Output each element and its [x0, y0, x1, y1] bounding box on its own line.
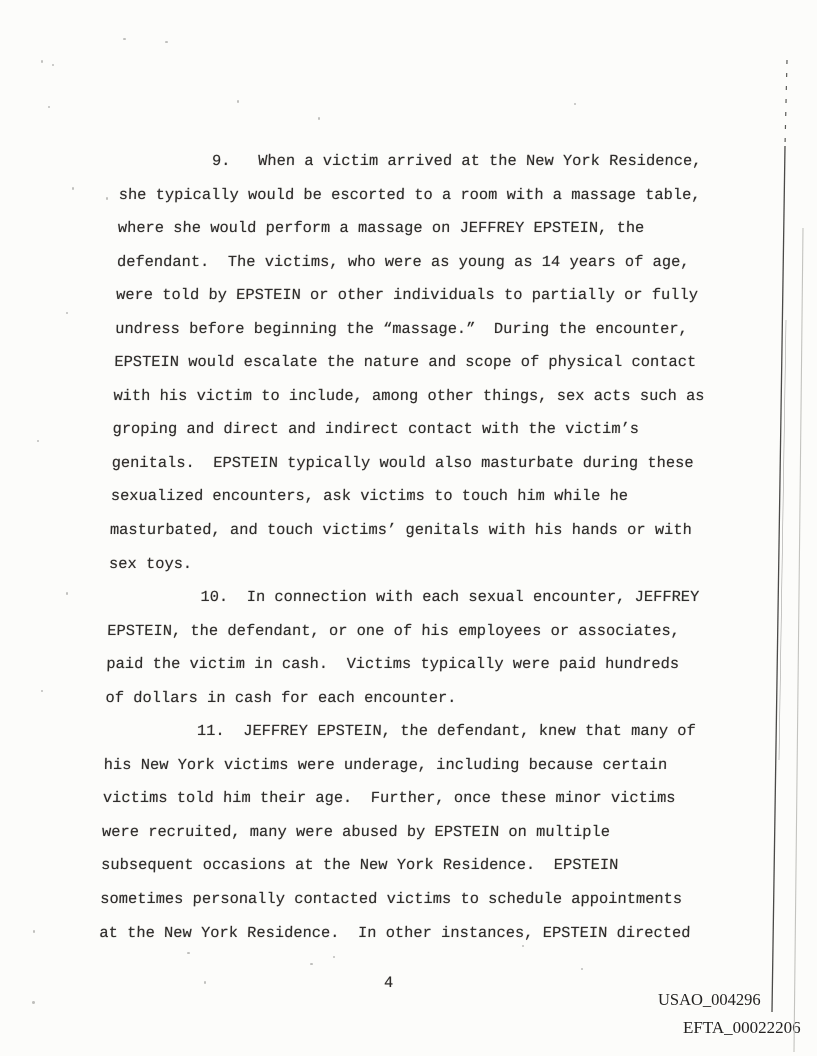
document-line: victims told him their age. Further, onc… [102, 782, 723, 816]
document-line: 10. In connection with each sexual encou… [108, 581, 729, 615]
scan-speck [237, 100, 239, 103]
document-line: groping and direct and indirect contact … [112, 413, 733, 447]
document-line: EPSTEIN, the defendant, or one of his em… [107, 615, 728, 649]
document-line: genitals. EPSTEIN typically would also m… [111, 447, 732, 481]
bates-stamp-usao: USAO_004296 [658, 990, 761, 1010]
scan-speck [333, 956, 335, 958]
scan-speck [37, 440, 39, 442]
bates-stamp-efta: EFTA_00022206 [683, 1018, 801, 1038]
scan-speck [522, 945, 524, 947]
document-line: undress before beginning the “massage.” … [115, 313, 736, 347]
document-line: subsequent occasions at the New York Res… [101, 849, 722, 883]
document-line: were recruited, many were abused by EPST… [102, 816, 723, 850]
document-line: were told by EPSTEIN or other individual… [116, 279, 737, 313]
document-line: sexualized encounters, ask victims to to… [110, 480, 731, 514]
scan-speck [41, 60, 43, 63]
document-line: sex toys. [109, 548, 730, 582]
document-line: sometimes personally contacted victims t… [100, 883, 721, 917]
scan-speck [41, 690, 43, 692]
document-line: masturbated, and touch victims’ genitals… [109, 514, 730, 548]
scan-speck [33, 930, 35, 933]
scan-speck [48, 106, 50, 108]
document-line: she typically would be escorted to a roo… [118, 179, 739, 213]
scan-speck [310, 963, 313, 965]
page-number: 4 [384, 974, 393, 992]
scan-speck [318, 117, 320, 120]
document-line: paid the victim in cash. Victims typical… [106, 648, 727, 682]
scan-speck [106, 197, 108, 200]
document-body: 9. When a victim arrived at the New York… [99, 145, 740, 950]
document-line: 11. JEFFREY EPSTEIN, the defendant, knew… [104, 715, 725, 749]
scan-speck [66, 592, 68, 595]
scan-speck [32, 1001, 35, 1004]
scan-speck [574, 103, 576, 105]
scan-speck [66, 312, 68, 314]
scan-speck [165, 41, 168, 43]
document-line: 9. When a victim arrived at the New York… [119, 145, 740, 179]
scan-speck [581, 968, 583, 970]
document-line: his New York victims were underage, incl… [103, 749, 724, 783]
scanned-document-page: 9. When a victim arrived at the New York… [0, 0, 817, 1056]
scan-speck [52, 64, 54, 66]
document-line: EPSTEIN would escalate the nature and sc… [114, 346, 735, 380]
document-line: where she would perform a massage on JEF… [117, 212, 738, 246]
document-line: at the New York Residence. In other inst… [99, 917, 720, 951]
document-line: with his victim to include, among other … [113, 380, 734, 414]
scan-speck [187, 952, 190, 954]
document-line: defendant. The victims, who were as youn… [116, 246, 737, 280]
scan-speck [204, 981, 206, 984]
scan-speck [72, 187, 74, 190]
document-line: of dollars in cash for each encounter. [105, 682, 726, 716]
scan-speck [123, 38, 126, 40]
